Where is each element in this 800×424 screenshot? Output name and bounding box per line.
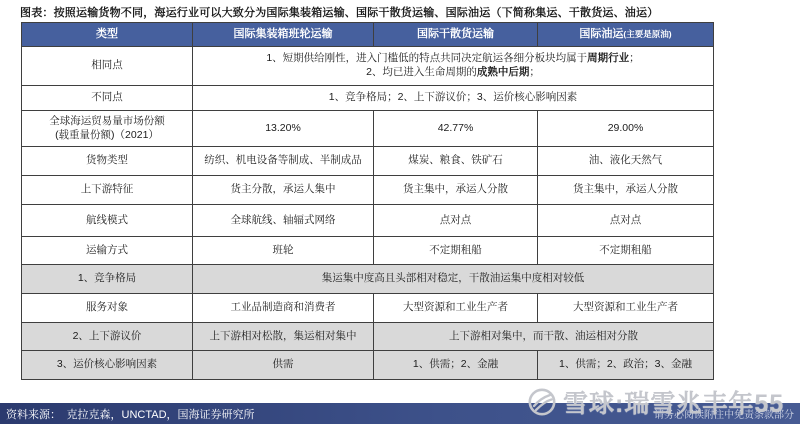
table-header-row: 类型 国际集装箱班轮运输 国际干散货运输 国际油运(主要是原油) <box>22 23 714 47</box>
header-label: 国际集装箱班轮运输 <box>234 28 333 40</box>
route-oil-cell: 点对点 <box>538 205 714 237</box>
bargain-container-cell: 上下游相对松散，集运相对集中 <box>193 323 374 351</box>
customers-oil-cell: 大型资源和工业生产者 <box>538 294 714 323</box>
customers-drybulk-cell: 大型资源和工业生产者 <box>374 294 538 323</box>
table-row-route-mode: 航线模式 全球航线、轴辐式网络 点对点 点对点 <box>22 205 714 237</box>
header-cell-type: 类型 <box>22 23 193 47</box>
bargain-drybulk-oil-cell: 上下游相对集中，而干散、油运相对分散 <box>374 323 714 351</box>
row-label: 运输方式 <box>86 244 128 256</box>
price-container-cell: 供需 <box>193 351 374 380</box>
table-row-transport-mode: 运输方式 班轮 不定期租船 不定期租船 <box>22 237 714 265</box>
row-label-cell: 航线模式 <box>22 205 193 237</box>
price-drybulk-cell: 1、供需；2、金融 <box>374 351 538 380</box>
mode-oil-cell: 不定期租船 <box>538 237 714 265</box>
route-drybulk-cell: 点对点 <box>374 205 538 237</box>
customers-container-cell: 工业品制造商和消费者 <box>193 294 374 323</box>
table-row-market-share: 全球海运贸易量市场份额 (载重量份额)（2021） 13.20% 42.77% … <box>22 111 714 147</box>
row-label: 1、竞争格局 <box>78 272 136 284</box>
header-label: 国际干散货运输 <box>417 28 494 40</box>
share-drybulk-cell: 42.77% <box>374 111 538 147</box>
row-label-cell: 上下游特征 <box>22 176 193 205</box>
row-label: 相同点 <box>91 59 123 71</box>
share-oil-cell: 29.00% <box>538 111 714 147</box>
cargo-oil-cell: 油、液化天然气 <box>538 147 714 176</box>
table-row-competition: 1、竞争格局 集运集中度高且头部相对稳定，干散油运集中度相对较低 <box>22 265 714 294</box>
similarities-line2: 2、均已进入生命周期的成熟中后期； <box>197 66 709 80</box>
header-label: 国际油运 <box>579 28 623 40</box>
table-row-cargo-type: 货物类型 纺织、机电设备等制成、半制成品 煤炭、粮食、铁矿石 油、液化天然气 <box>22 147 714 176</box>
updown-container-cell: 货主分散，承运人集中 <box>193 176 374 205</box>
row-label-cell: 服务对象 <box>22 294 193 323</box>
header-cell-container-shipping: 国际集装箱班轮运输 <box>193 23 374 47</box>
row-label: 2、上下游议价 <box>73 330 142 342</box>
row-label: 航线模式 <box>86 214 128 226</box>
row-label-cell: 1、竞争格局 <box>22 265 193 294</box>
header-cell-dry-bulk: 国际干散货运输 <box>374 23 538 47</box>
cargo-container-cell: 纺织、机电设备等制成、半制成品 <box>193 147 374 176</box>
similarities-line1: 1、短期供给刚性，进入门槛低的特点共同决定航运各细分板块均属于周期行业； <box>197 52 709 66</box>
table-row-similarities: 相同点 1、短期供给刚性，进入门槛低的特点共同决定航运各细分板块均属于周期行业；… <box>22 47 714 86</box>
updown-oil-cell: 货主集中，承运人分散 <box>538 176 714 205</box>
table-row-customers: 服务对象 工业品制造商和消费者 大型资源和工业生产者 大型资源和工业生产者 <box>22 294 714 323</box>
differences-value-cell: 1、竞争格局；2、上下游议价；3、运价核心影响因素 <box>193 86 714 111</box>
row-label-cell: 货物类型 <box>22 147 193 176</box>
row-label-cell: 3、运价核心影响因素 <box>22 351 193 380</box>
page-title: 图表：按照运输货物不同，海运行业可以大致分为国际集装箱运输、国际干散货运输、国际… <box>20 4 792 20</box>
row-label-cell: 相同点 <box>22 47 193 86</box>
disclaimer-note: 请务必阅读附注中免责条款部分 <box>654 406 794 421</box>
row-label: 3、运价核心影响因素 <box>57 358 157 370</box>
footer-bar: 资料来源： 克拉克森，UNCTAD，国海证券研究所 请务必阅读附注中免责条款部分 <box>0 403 800 424</box>
source-note: 资料来源： 克拉克森，UNCTAD，国海证券研究所 <box>6 406 255 422</box>
price-oil-cell: 1、供需；2、政治；3、金融 <box>538 351 714 380</box>
cargo-drybulk-cell: 煤炭、粮食、铁矿石 <box>374 147 538 176</box>
table-row-updown-features: 上下游特征 货主分散，承运人集中 货主集中，承运人分散 货主集中，承运人分散 <box>22 176 714 205</box>
share-container-cell: 13.20% <box>193 111 374 147</box>
row-label: 服务对象 <box>86 301 128 313</box>
row-label-cell: 不同点 <box>22 86 193 111</box>
row-label: 上下游特征 <box>81 183 134 195</box>
similarities-value-cell: 1、短期供给刚性，进入门槛低的特点共同决定航运各细分板块均属于周期行业； 2、均… <box>193 47 714 86</box>
table-row-price-factors: 3、运价核心影响因素 供需 1、供需；2、金融 1、供需；2、政治；3、金融 <box>22 351 714 380</box>
header-cell-oil-shipping: 国际油运(主要是原油) <box>538 23 714 47</box>
table-row-bargaining: 2、上下游议价 上下游相对松散，集运相对集中 上下游相对集中，而干散、油运相对分… <box>22 323 714 351</box>
mode-drybulk-cell: 不定期租船 <box>374 237 538 265</box>
updown-drybulk-cell: 货主集中，承运人分散 <box>374 176 538 205</box>
mode-container-cell: 班轮 <box>193 237 374 265</box>
row-label-cell: 2、上下游议价 <box>22 323 193 351</box>
row-label-line2: (载重量份额)（2021） <box>26 129 188 143</box>
route-container-cell: 全球航线、轴辐式网络 <box>193 205 374 237</box>
table-row-differences: 不同点 1、竞争格局；2、上下游议价；3、运价核心影响因素 <box>22 86 714 111</box>
header-label: 类型 <box>96 28 118 40</box>
shipping-comparison-table: 类型 国际集装箱班轮运输 国际干散货运输 国际油运(主要是原油) 相同点 1、短… <box>21 22 714 380</box>
header-sublabel: (主要是原油) <box>623 29 671 39</box>
row-label: 货物类型 <box>86 154 128 166</box>
report-figure-page: 图表：按照运输货物不同，海运行业可以大致分为国际集装箱运输、国际干散货运输、国际… <box>0 0 800 424</box>
row-label-line1: 全球海运贸易量市场份额 <box>26 115 188 129</box>
competition-value-cell: 集运集中度高且头部相对稳定，干散油运集中度相对较低 <box>193 265 714 294</box>
row-label: 不同点 <box>91 91 123 103</box>
row-label-cell: 全球海运贸易量市场份额 (载重量份额)（2021） <box>22 111 193 147</box>
row-label-cell: 运输方式 <box>22 237 193 265</box>
